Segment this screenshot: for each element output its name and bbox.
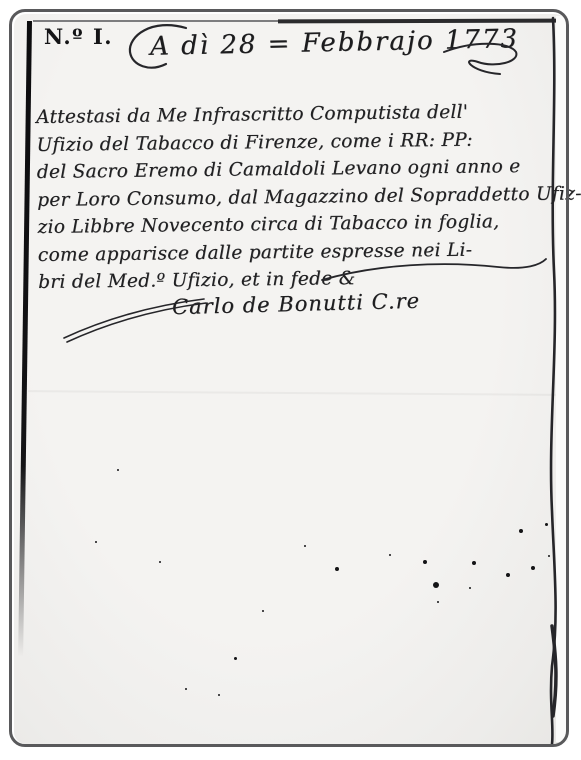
photo-frame-border — [9, 9, 569, 747]
manuscript-scan: { "page": { "number_label": "N.º I.", "d… — [0, 0, 581, 760]
